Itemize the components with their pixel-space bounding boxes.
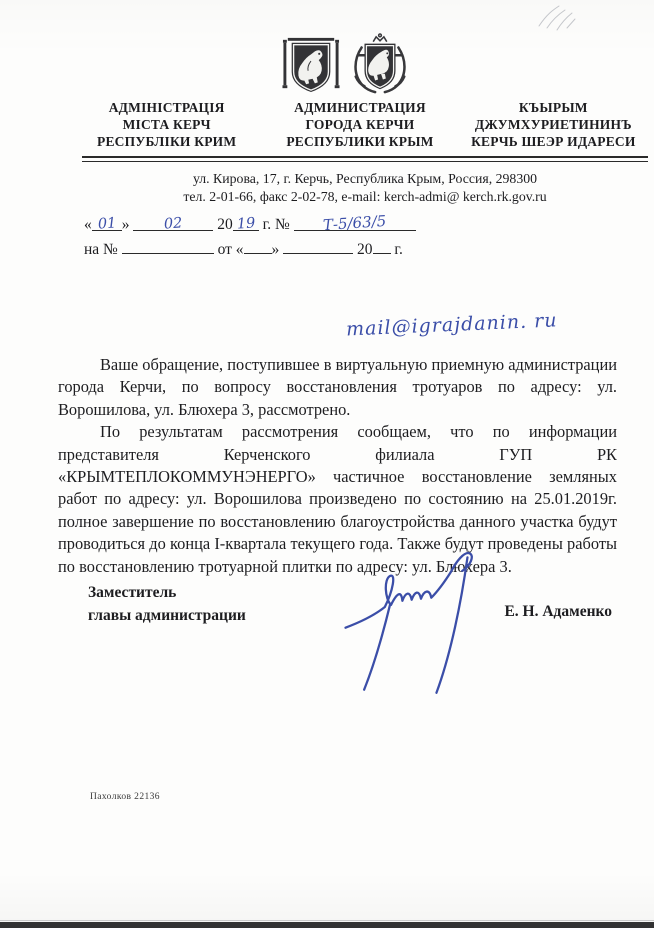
signatory-title: Заместитель главы администрации	[88, 582, 246, 627]
org-line: ГОРОДА КЕРЧИ	[263, 116, 456, 133]
executor-note: Пахолков 22136	[90, 792, 160, 802]
org-line: РЕСПУБЛІКИ КРИМ	[70, 133, 263, 150]
month-field: 02	[133, 213, 213, 231]
quote-open: «	[84, 216, 92, 233]
org-line: АДМІНІСТРАЦІЯ	[70, 99, 263, 116]
incoming-month-field	[283, 236, 353, 254]
quote-open: «	[236, 241, 244, 258]
number-label: г. №	[263, 216, 290, 233]
org-line: РЕСПУБЛИКИ КРЫМ	[263, 133, 456, 150]
signatory-name: Е. Н. Адаменко	[430, 603, 612, 621]
body-paragraph-1: Ваше обращение, поступившее в виртуальну…	[58, 354, 617, 421]
quote-close: »	[122, 216, 130, 233]
signature-ink-icon	[338, 545, 506, 700]
year-century: 20	[217, 216, 233, 233]
scan-edge-band	[0, 922, 654, 928]
org-name-crimean-tatar: КЪЫРЫМ ДЖУМХУРИЕТИНИНЪ КЕРЧЬ ШЕЭР ИДАРЕС…	[457, 99, 650, 150]
org-line: МІСТА КЕРЧ	[70, 116, 263, 133]
org-name-ukrainian: АДМІНІСТРАЦІЯ МІСТА КЕРЧ РЕСПУБЛІКИ КРИМ	[70, 99, 263, 150]
scanned-letter-page: АДМІНІСТРАЦІЯ МІСТА КЕРЧ РЕСПУБЛІКИ КРИМ…	[0, 0, 654, 928]
org-name-russian: АДМИНИСТРАЦИЯ ГОРОДА КЕРЧИ РЕСПУБЛИКИ КР…	[263, 99, 456, 150]
signatory-title-line-2: главы администрации	[88, 605, 246, 628]
signatory-title-line-1: Заместитель	[88, 582, 246, 605]
org-line: КЕРЧЬ ШЕЭР ИДАРЕСИ	[457, 133, 650, 150]
header-divider	[82, 156, 648, 162]
org-name-columns: АДМІНІСТРАЦІЯ МІСТА КЕРЧ РЕСПУБЛІКИ КРИМ…	[70, 99, 650, 150]
incoming-year-field	[373, 236, 391, 254]
org-line: АДМИНИСТРАЦИЯ	[263, 99, 456, 116]
incoming-suffix: г.	[394, 241, 402, 258]
incoming-prefix: на №	[84, 241, 118, 258]
reference-line-outgoing: «01» 02 2019 г. № Т-5/63/5	[84, 213, 416, 236]
incoming-century: 20	[357, 241, 373, 258]
handwritten-number: Т-5/63/5	[322, 210, 387, 237]
outgoing-number-field: Т-5/63/5	[294, 213, 416, 231]
org-line: КЪЫРЫМ	[457, 99, 650, 116]
reference-line-incoming: на № от «» 20 г.	[84, 236, 416, 261]
crimea-emblem-icon	[282, 31, 340, 97]
from-label: от	[218, 241, 232, 258]
reference-block: «01» 02 2019 г. № Т-5/63/5 на № от «» 20…	[84, 213, 416, 261]
kerch-emblem-icon	[348, 31, 412, 97]
handwritten-year: 19	[236, 212, 256, 236]
scan-edge-line	[0, 920, 654, 921]
org-address: ул. Кирова, 17, г. Керчь, Республика Кры…	[0, 170, 654, 205]
incoming-day-field	[244, 236, 272, 254]
year-field: 19	[233, 213, 259, 231]
quote-close: »	[272, 241, 280, 258]
address-line-2: тел. 2-01-66, факс 2-02-78, e-mail: kerc…	[76, 188, 654, 206]
handwritten-day: 01	[97, 212, 117, 236]
address-line-1: ул. Кирова, 17, г. Керчь, Республика Кры…	[76, 170, 654, 188]
emblem-row	[0, 31, 654, 97]
day-field: 01	[92, 213, 122, 231]
org-line: ДЖУМХУРИЕТИНИНЪ	[457, 116, 650, 133]
handwritten-month: 02	[163, 212, 183, 236]
incoming-number-field	[122, 236, 214, 254]
handwritten-email: mail@igrajdanin. ru	[346, 305, 647, 340]
